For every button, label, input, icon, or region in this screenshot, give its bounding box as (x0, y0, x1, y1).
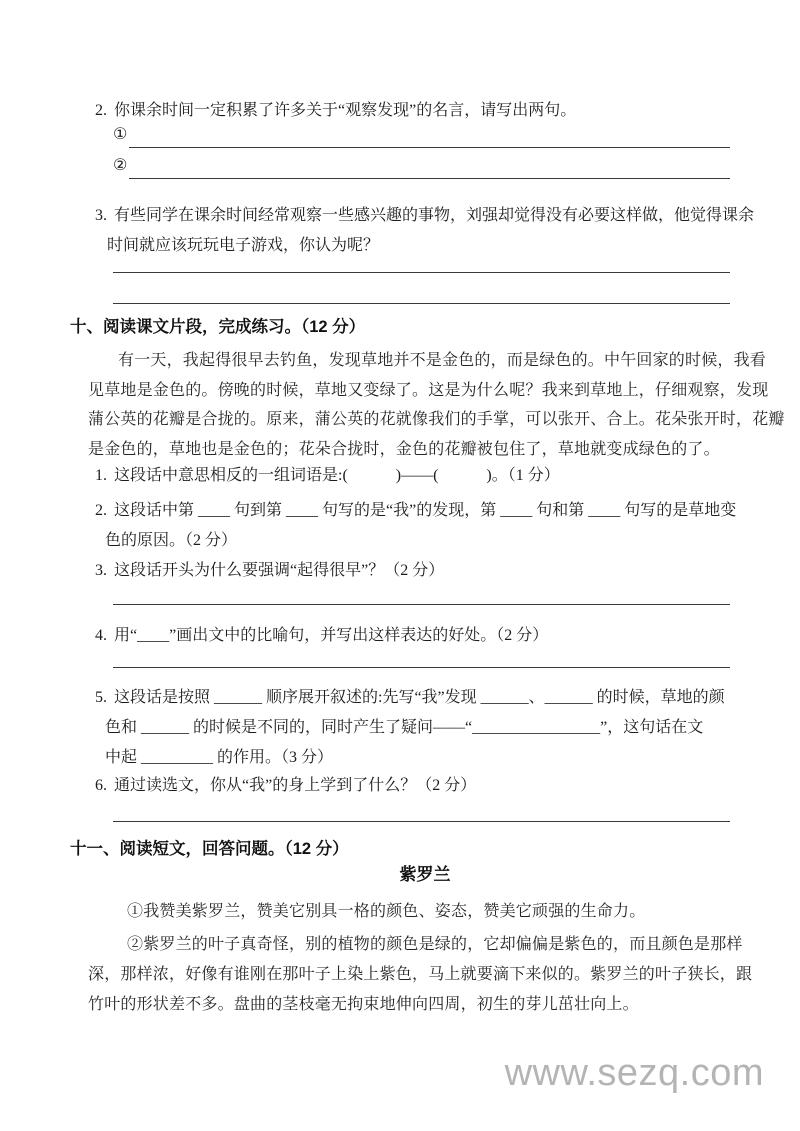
passage-line-3: 蒲公英的花瓣是合拢的。原来，蒲公英的花就像我们的手掌，可以张开、合上。花朵张开时… (88, 404, 785, 434)
ten-question-5-text-line2: 色和 ______ 的时候是不同的，同时产生了疑问——“____________… (88, 713, 703, 743)
answer-underline (113, 795, 730, 822)
exam-paper-page: 2.你课余时间一定积累了许多关于“观察发现”的名言，请写出两句。 ① ② 3.有… (0, 0, 800, 1131)
answer-blank-row-2: ② (113, 153, 730, 179)
ten-question-4-number: 4. (95, 621, 107, 651)
ten-question-1-text: 这段话中意思相反的一组词语是:( )——( )。（1 分） (114, 467, 560, 484)
ten-question-3-number: 3. (95, 556, 107, 586)
ten-question-6-text: 通过读选文，你从“我”的身上学到了什么？（2 分） (114, 777, 476, 794)
passage-line-2: 见草地是金色的。傍晚的时候，草地又变绿了。这是为什么呢？我来到草地上，仔细观察，… (88, 375, 768, 405)
eleven-paragraph-2-line1: ②紫罗兰的叶子真奇怪，别的植物的颜色是绿的，它却偏偏是紫色的，而且颜色是那样 (88, 929, 743, 959)
eleven-paragraph-2-line3: 竹叶的形状差不多。盘曲的茎枝毫无拘束地伸向四周，初生的芽儿茁壮向上。 (88, 989, 639, 1019)
ten-question-5-number: 5. (95, 683, 107, 713)
ten-question-2: 2.这段话中第 ____ 句到第 ____ 句写的是“我”的发现，第 ____ … (95, 496, 736, 526)
question-2-text: 你课余时间一定积累了许多关于“观察发现”的名言，请写出两句。 (114, 102, 576, 119)
answer-blank-row-1: ① (113, 122, 730, 148)
ten-question-1: 1.这段话中意思相反的一组词语是:( )——( )。（1 分） (95, 461, 560, 491)
section-ten-heading: 十、阅读课文片段，完成练习。（12 分） (70, 312, 365, 342)
ten-question-5-text-line1: 这段话是按照 ______ 顺序展开叙述的:先写“我”发现 ______、___… (114, 689, 725, 706)
ten-question-3-text: 这段话开头为什么要强调“起得很早”？（2 分） (114, 562, 444, 579)
answer-underline (113, 277, 730, 304)
ten-question-2-number: 2. (95, 496, 107, 526)
eleven-paragraph-1: ①我赞美紫罗兰，赞美它别具一格的颜色、姿态，赞美它顽强的生命力。 (88, 896, 645, 926)
answer-underline (113, 578, 730, 605)
ten-question-1-number: 1. (95, 461, 107, 491)
question-3-number: 3. (95, 201, 107, 231)
circled-2-label: ② (113, 153, 127, 179)
question-3-text-line1: 有些同学在课余时间经常观察一些感兴趣的事物，刘强却觉得没有必要这样做，他觉得课余 (114, 207, 754, 224)
answer-underline (113, 246, 730, 273)
reading-title: 紫罗兰 (88, 860, 732, 890)
ten-question-2-text-line2: 色的原因。（2 分） (88, 526, 237, 556)
eleven-paragraph-2-line2: 深，那样浓，好像有谁刚在那叶子上染上紫色，马上就要滴下来似的。紫罗兰的叶子狭长，… (88, 959, 752, 989)
passage-line-1: 有一天，我起得很早去钓鱼，发现草地并不是金色的，而是绿色的。中午回家的时候，我看 (88, 345, 766, 375)
answer-underline (113, 641, 730, 668)
ten-question-5: 5.这段话是按照 ______ 顺序展开叙述的:先写“我”发现 ______、_… (95, 683, 725, 713)
ten-question-2-text-line1: 这段话中第 ____ 句到第 ____ 句写的是“我”的发现，第 ____ 句和… (114, 502, 736, 519)
circled-1-label: ① (113, 122, 127, 148)
ten-question-6-number: 6. (95, 771, 107, 801)
passage-line-4: 是金色的，草地也是金色的；花朵合拢时，金色的花瓣被包住了，草地就变成绿色的了。 (88, 434, 720, 464)
site-watermark: www.sezq.com (505, 1053, 764, 1093)
question-2-number: 2. (95, 96, 107, 126)
answer-underline (129, 121, 730, 148)
ten-question-5-text-line3: 中起 _________ 的作用。（3 分） (88, 743, 333, 773)
question-3: 3.有些同学在课余时间经常观察一些感兴趣的事物，刘强却觉得没有必要这样做，他觉得… (95, 201, 754, 231)
answer-underline (129, 152, 730, 179)
